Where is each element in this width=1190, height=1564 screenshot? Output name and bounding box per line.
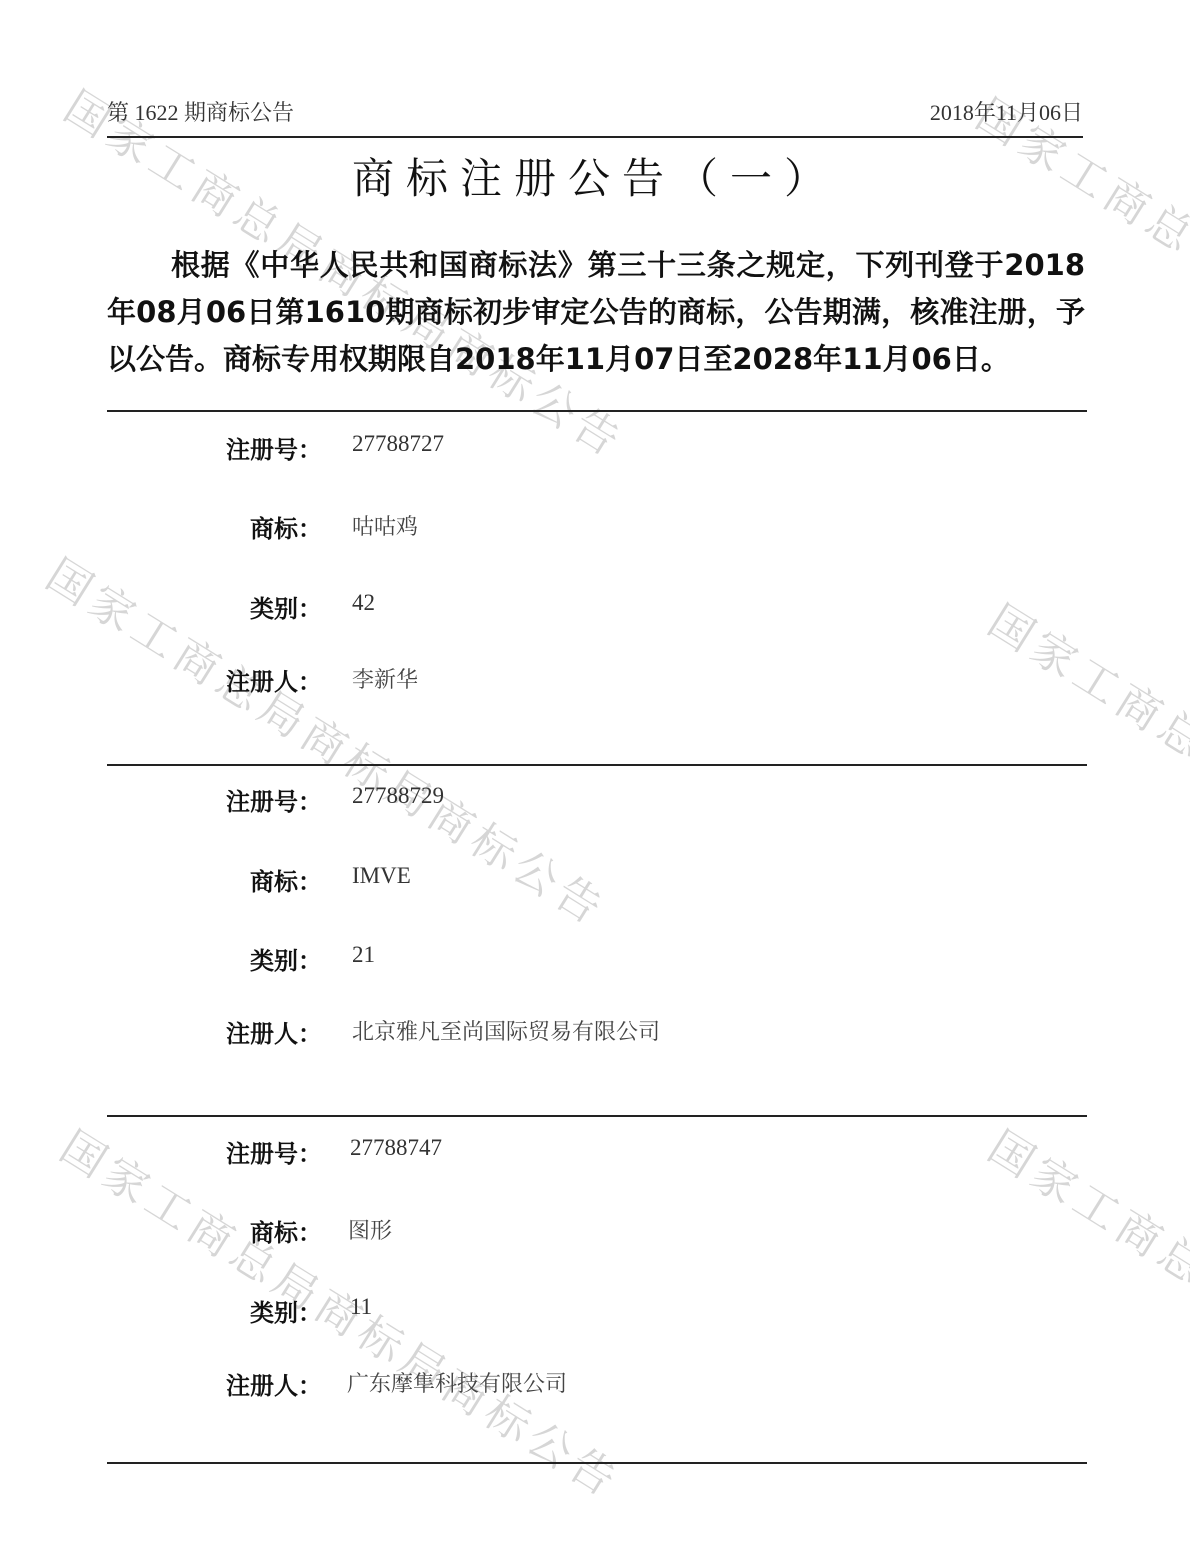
registrant-label: 注册人： — [226, 1366, 322, 1401]
entry-1-registrant-row: 注册人： 李新华 — [107, 662, 1085, 696]
separator-rule — [107, 764, 1087, 766]
trademark-value: IMVE — [352, 863, 411, 889]
reg-no-label: 注册号： — [226, 430, 322, 465]
class-label: 类别： — [250, 589, 322, 624]
class-label: 类别： — [250, 1293, 322, 1328]
trademark-value: 咕咕鸡 — [352, 510, 418, 541]
entry-3-registrant-row: 注册人： 广东摩隼科技有限公司 — [107, 1366, 1085, 1400]
entry-2-registrant-row: 注册人： 北京雅凡至尚国际贸易有限公司 — [107, 1014, 1085, 1048]
trademark-value: 图形 — [348, 1214, 392, 1245]
registrant-label: 注册人： — [226, 1014, 322, 1049]
document-page: 第 1622 期商标公告 2018年11月06日 商标注册公告（一） 根据《中华… — [0, 0, 1190, 1564]
issue-number: 第 1622 期商标公告 — [107, 96, 294, 127]
registrant-value: 李新华 — [352, 663, 418, 694]
entry-3-reg-no-row: 注册号： 27788747 — [107, 1134, 1085, 1168]
entry-1-reg-no-row: 注册号： 27788727 — [107, 430, 1085, 464]
class-value: 21 — [352, 942, 375, 968]
entry-2-class-row: 类别： 21 — [107, 941, 1085, 975]
running-header: 第 1622 期商标公告 2018年11月06日 — [107, 96, 1083, 138]
registrant-value: 北京雅凡至尚国际贸易有限公司 — [352, 1015, 660, 1046]
class-value: 11 — [350, 1294, 372, 1320]
publication-date: 2018年11月06日 — [930, 96, 1083, 127]
entry-3-trademark-row: 商标： 图形 — [107, 1213, 1085, 1247]
entry-2-reg-no-row: 注册号： 27788729 — [107, 782, 1085, 816]
entry-1-trademark-row: 商标： 咕咕鸡 — [107, 509, 1085, 543]
separator-rule — [107, 1462, 1087, 1464]
reg-no-label: 注册号： — [226, 782, 322, 817]
intro-paragraph: 根据《中华人民共和国商标法》第三十三条之规定，下列刊登于2018年08月06日第… — [107, 242, 1085, 383]
registrant-value: 广东摩隼科技有限公司 — [347, 1367, 567, 1398]
reg-no-value: 27788727 — [352, 431, 444, 457]
entry-3-class-row: 类别： 11 — [107, 1293, 1085, 1327]
trademark-label: 商标： — [250, 862, 322, 897]
entry-2-trademark-row: 商标： IMVE — [107, 862, 1085, 896]
document-title: 商标注册公告（一） — [0, 146, 1190, 206]
reg-no-label: 注册号： — [226, 1134, 322, 1169]
separator-rule — [107, 1115, 1087, 1117]
separator-rule — [107, 410, 1087, 412]
trademark-label: 商标： — [250, 1213, 322, 1248]
reg-no-value: 27788747 — [350, 1135, 442, 1161]
entry-1-class-row: 类别： 42 — [107, 589, 1085, 623]
trademark-label: 商标： — [250, 509, 322, 544]
class-value: 42 — [352, 590, 375, 616]
class-label: 类别： — [250, 941, 322, 976]
registrant-label: 注册人： — [226, 662, 322, 697]
reg-no-value: 27788729 — [352, 783, 444, 809]
